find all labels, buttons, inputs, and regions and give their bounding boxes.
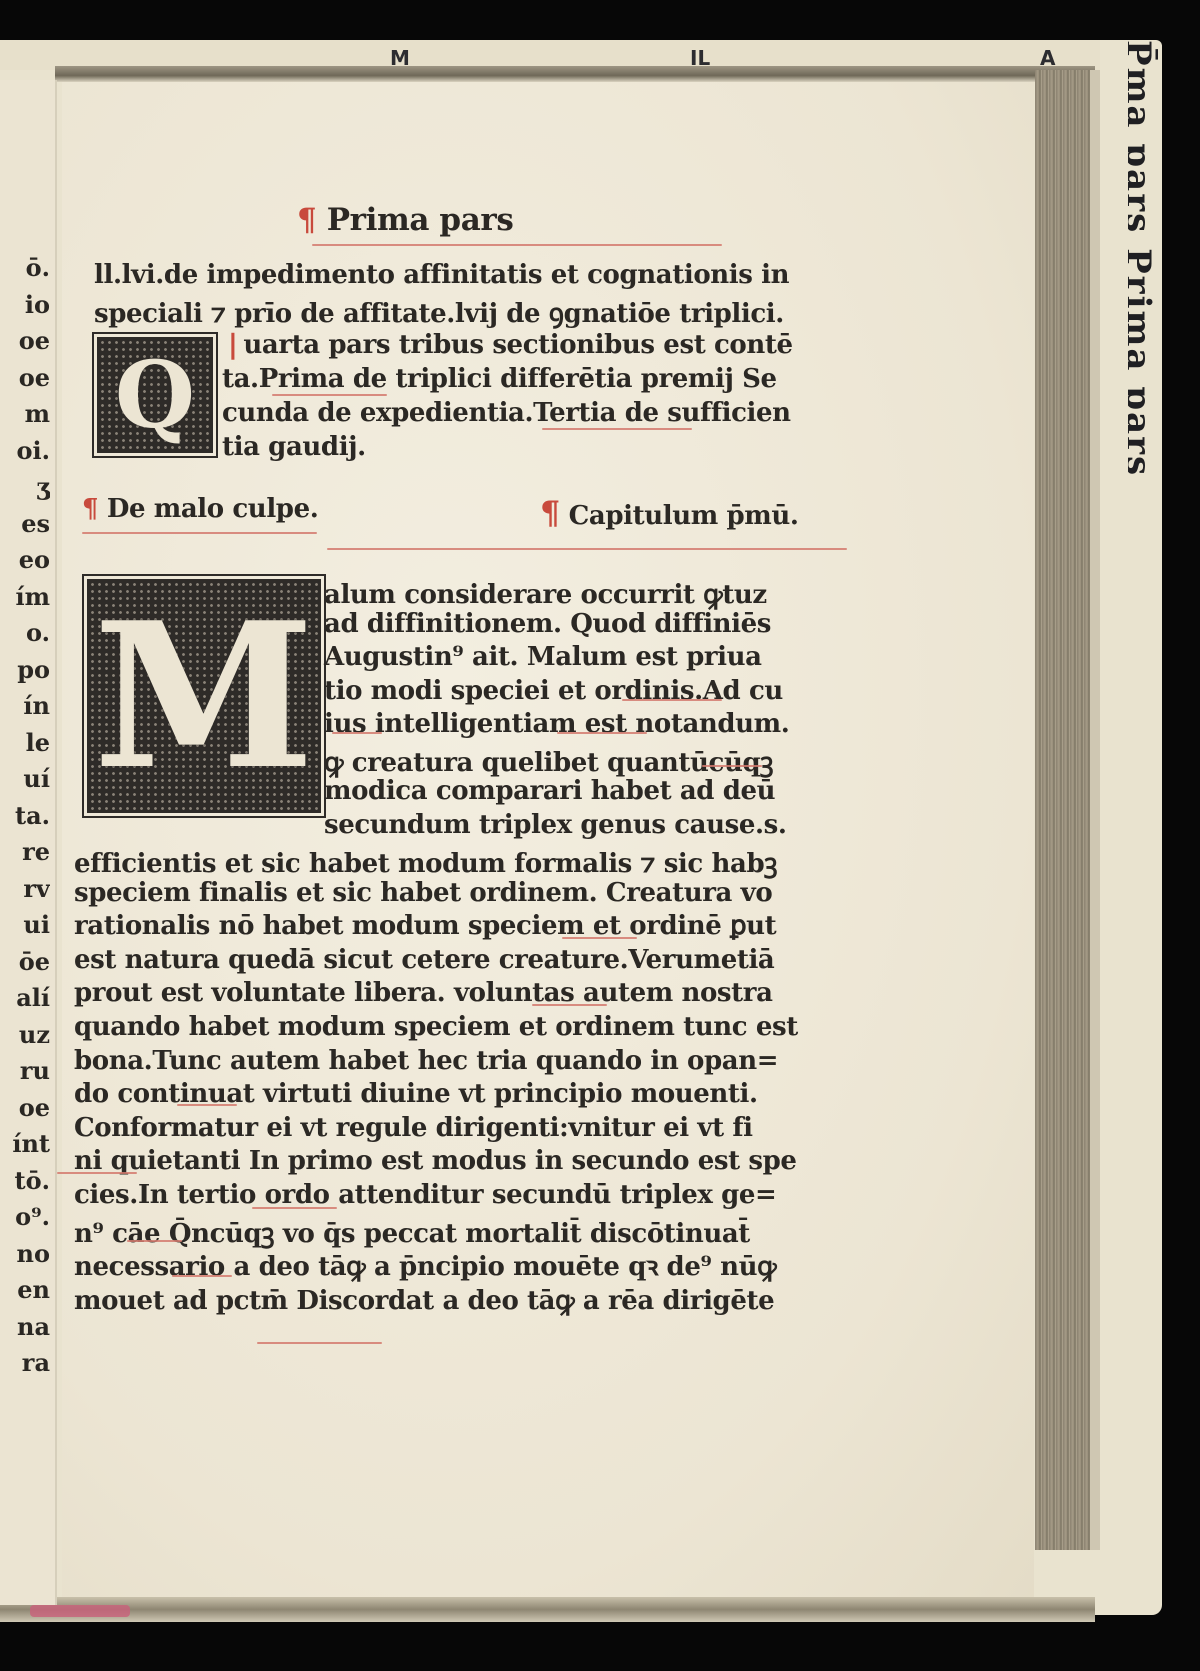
left-page-line-ending: na xyxy=(0,1309,50,1346)
red-underline xyxy=(332,732,382,734)
left-page-line-ending: uz xyxy=(0,1017,50,1054)
left-page-line-ending: oe xyxy=(0,1090,50,1127)
red-underline xyxy=(177,1104,237,1106)
left-page-line-ending: ru xyxy=(0,1053,50,1090)
text-line: Augustin⁹ ait. Malum est priua xyxy=(324,642,762,672)
text-line: speciali ⁊ prīo de affitate.lvij de ꝯgna… xyxy=(94,294,784,330)
red-underline xyxy=(622,699,722,701)
left-page-line-ending: ín xyxy=(0,688,50,725)
red-underline xyxy=(57,1172,137,1174)
page-top-edge xyxy=(55,66,1095,82)
text-line: bona.Tunc autem habet hec tria quando in… xyxy=(74,1046,778,1076)
left-page-line-ending: re xyxy=(0,834,50,871)
text-line: rationalis nō habet modum speciem et ord… xyxy=(74,911,776,941)
text-line: mouet ad pctm̄ Discordat a deo tāꝙ a rēa… xyxy=(74,1281,774,1317)
red-binding-mark xyxy=(30,1605,130,1617)
red-underline xyxy=(252,1207,337,1209)
text-line: ta.Prima de triplici differētia premij S… xyxy=(222,364,777,394)
text-line: tio modi speciei et ordinis.Ad cu xyxy=(324,676,783,706)
left-page-line-ending: oe xyxy=(0,360,50,397)
woodcut-initial-q: Q xyxy=(97,337,213,453)
left-page-line-ending: ta. xyxy=(0,798,50,835)
bottom-edge xyxy=(0,1597,1095,1622)
text-line: alum considerare occurrit ꝙtuz xyxy=(324,575,767,611)
woodcut-initial-m: M xyxy=(87,579,321,813)
left-page-line-ending: ōe xyxy=(0,944,50,981)
text-line: ꝙ creatura quelibet quantūcūqꝫ xyxy=(324,743,773,779)
left-page-line-ending: oe xyxy=(0,323,50,360)
left-page-line-endings: ō.iooeoemoi.ʒeseoímo.poínleuíta.rervuiōe… xyxy=(0,250,50,1382)
text-line: Conformatur ei vt regule dirigenti:vnitu… xyxy=(74,1113,753,1143)
red-underline xyxy=(82,532,317,534)
red-underline xyxy=(272,394,387,396)
red-underline xyxy=(702,765,762,767)
red-underline xyxy=(542,428,692,430)
red-underline xyxy=(172,1275,232,1277)
chapter-heading-right: ¶ Capitulum p̄mū. xyxy=(540,494,799,532)
red-underline xyxy=(327,548,847,550)
red-underline xyxy=(532,1004,607,1006)
left-page-line-ending: ínt xyxy=(0,1126,50,1163)
left-page-line-ending: tō. xyxy=(0,1163,50,1200)
red-underline xyxy=(312,244,722,246)
red-underline xyxy=(562,937,637,939)
page-edges xyxy=(1035,70,1100,1550)
spine-text: P̄ma pars Prima pars xyxy=(1128,40,1158,1600)
left-page-line-ending: es xyxy=(0,506,50,543)
text-line: ❘uarta pars tribus sectionibus est contē xyxy=(222,330,793,360)
text-line: ll.lvi.de impedimento affinitatis et cog… xyxy=(94,260,789,290)
left-page-line-ending: ra xyxy=(0,1345,50,1382)
left-page-line-ending: io xyxy=(0,287,50,324)
text-line: ni quietanti In primo est modus in secun… xyxy=(74,1146,797,1176)
text-line: speciem finalis et sic habet ordinem. Cr… xyxy=(74,878,772,908)
text-line: est natura quedā sicut cetere creature.V… xyxy=(74,945,774,975)
left-page-line-ending: le xyxy=(0,725,50,762)
text-line: cies.In tertio ordo attenditur secundū t… xyxy=(74,1180,776,1210)
left-page-line-ending: o⁹. xyxy=(0,1199,50,1236)
text-line: modica comparari habet ad deū xyxy=(324,776,775,806)
left-page-line-ending: no xyxy=(0,1236,50,1273)
left-page-line-ending: ʒ xyxy=(0,469,50,506)
left-page-line-ending: ui xyxy=(0,907,50,944)
left-page-line-ending: ím xyxy=(0,579,50,616)
red-underline xyxy=(257,1342,382,1344)
left-page-line-ending: m xyxy=(0,396,50,433)
text-line: cunda de expedientia.Tertia de sufficien xyxy=(222,398,791,428)
text-line: n⁹ cāe Q̄ncūqꝫ vo q̄s peccat mortalit̄ d… xyxy=(74,1214,750,1250)
left-page-line-ending: en xyxy=(0,1272,50,1309)
text-line: tia gaudij. xyxy=(222,432,366,462)
left-page-line-ending: alí xyxy=(0,980,50,1017)
left-page-line-ending: uí xyxy=(0,761,50,798)
text-line: prout est voluntate libera. voluntas aut… xyxy=(74,978,773,1008)
left-page-line-ending: o. xyxy=(0,615,50,652)
chapter-heading-left: ¶ De malo culpe. xyxy=(82,494,318,524)
left-page-line-ending: ō. xyxy=(0,250,50,287)
text-line: ius intelligentiam est notandum. xyxy=(324,709,789,739)
red-underline xyxy=(557,732,647,734)
left-page-line-ending: rv xyxy=(0,871,50,908)
left-page-line-ending: po xyxy=(0,652,50,689)
left-page-line-ending: eo xyxy=(0,542,50,579)
right-page: ¶ Prima pars ll.lvi.de impedimento affin… xyxy=(62,82,1034,1597)
text-line: ad diffinitionem. Quod diffiniēs xyxy=(324,609,771,639)
text-line: necessario a deo tāꝙ a p̄ncipio mouēte q… xyxy=(74,1247,776,1283)
left-page-line-ending: oi. xyxy=(0,433,50,470)
running-head: ¶ Prima pars xyxy=(297,202,513,238)
text-line: secundum triplex genus cause.s. xyxy=(324,810,787,840)
running-head-title: Prima pars xyxy=(327,202,514,238)
text-line: efficientis et sic habet modum formalis … xyxy=(74,844,777,880)
red-underline xyxy=(127,1240,182,1242)
text-line: quando habet modum speciem et ordinem tu… xyxy=(74,1012,798,1042)
paragraph-mark: ¶ xyxy=(297,202,316,238)
